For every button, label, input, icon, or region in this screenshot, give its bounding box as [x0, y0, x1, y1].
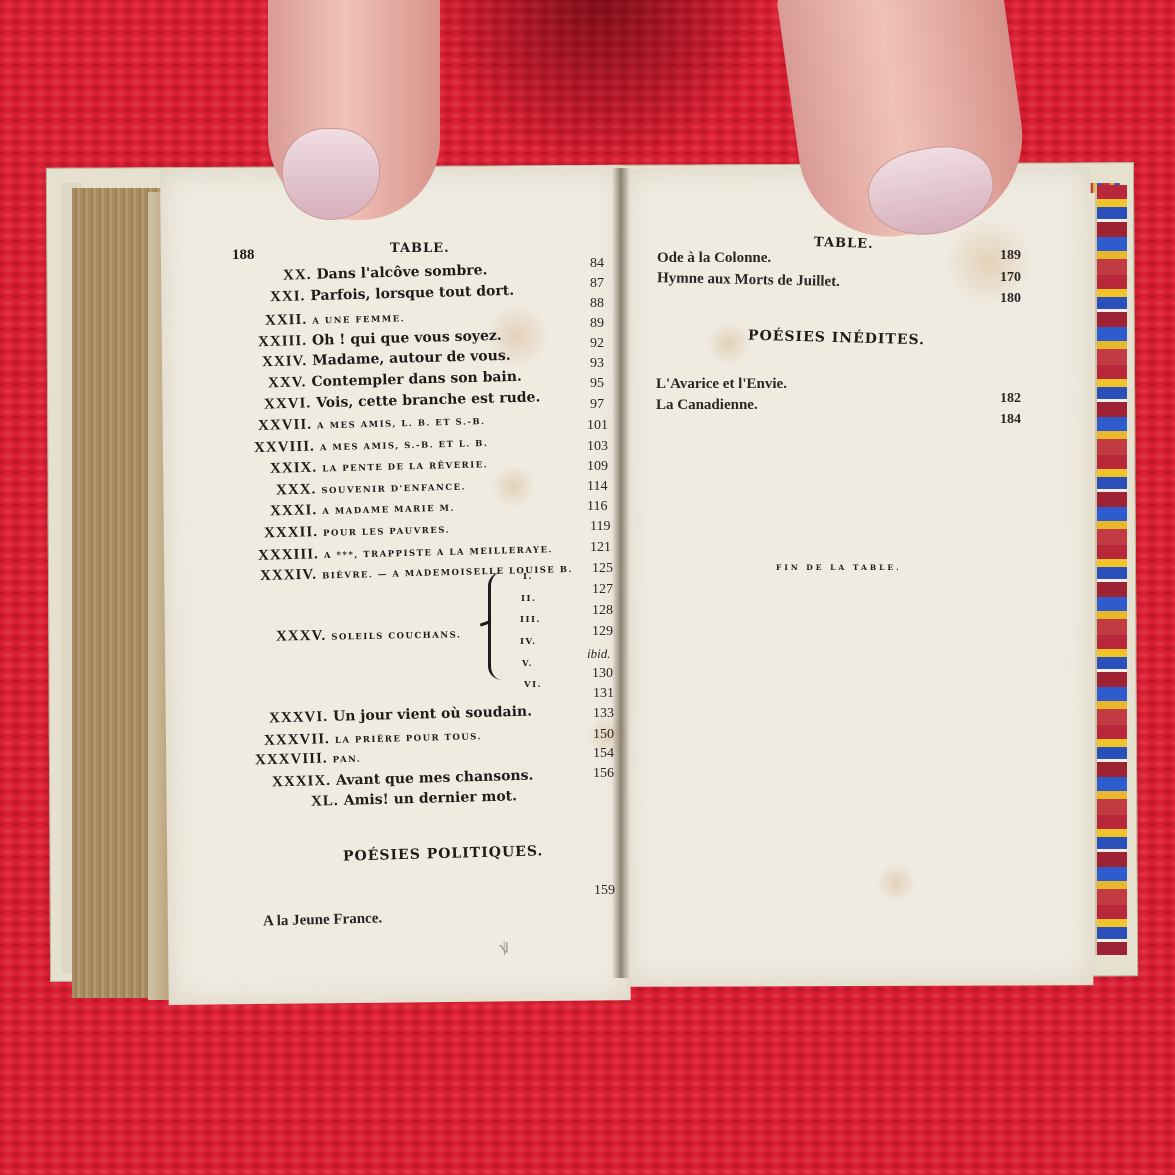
toc-group-entry: XXXV. soleils couchans.	[276, 622, 462, 645]
brace	[488, 572, 505, 680]
running-head: TABLE.	[814, 235, 874, 252]
sub-item-label: VI.	[524, 680, 542, 690]
toc-page: 84	[590, 256, 604, 272]
toc-entry: L'Avarice et l'Envie.	[656, 376, 787, 393]
toc-page: 93	[590, 356, 604, 372]
toc-page: 95	[590, 376, 604, 392]
toc-entry: A la Jeune France.	[263, 910, 383, 930]
toc-page: 121	[590, 540, 611, 556]
toc-page: 184	[1000, 412, 1021, 428]
toc-entry: XXXVIII. pan.	[255, 747, 362, 770]
toc-page: 131	[593, 686, 614, 702]
toc-page: 182	[1000, 391, 1021, 407]
sub-item-page: ibid.	[587, 646, 610, 662]
toc-page: 133	[593, 706, 614, 722]
toc-page: 97	[590, 397, 604, 413]
toc-page: 180	[1000, 291, 1021, 307]
sub-item-label: IV.	[520, 637, 537, 647]
marbled-endpaper	[1095, 185, 1133, 955]
toc-page: 116	[587, 499, 607, 515]
toc-page: 103	[587, 439, 608, 455]
toc-page: 156	[593, 766, 614, 782]
toc-entry: La Canadienne.	[656, 397, 758, 414]
sub-item-page: 125	[592, 561, 613, 577]
closing-line: FIN DE LA TABLE.	[776, 563, 902, 572]
toc-page: 92	[590, 336, 604, 352]
sub-item-page: 127	[592, 582, 613, 598]
toc-page: 87	[590, 276, 604, 292]
toc-page: 159	[594, 883, 615, 899]
toc-page: 114	[587, 479, 607, 495]
running-head: TABLE.	[390, 241, 450, 256]
sub-item-label: V.	[522, 659, 533, 669]
book-gutter	[612, 168, 630, 978]
sub-item-label: II.	[521, 594, 536, 604]
sub-item-page: 128	[592, 603, 613, 619]
toc-entry: XXII. a une femme.	[265, 306, 406, 330]
sub-item-page: 130	[592, 666, 613, 682]
page-number: 188	[232, 247, 255, 264]
toc-page: 170	[1000, 270, 1021, 286]
right-page	[624, 167, 1094, 987]
toc-page: 88	[590, 296, 604, 312]
toc-page: 101	[587, 418, 608, 434]
toc-entry: Ode à la Colonne.	[657, 250, 771, 267]
fabric-shadow	[430, 0, 770, 170]
toc-page: 109	[587, 459, 608, 475]
sub-item-label: I.	[523, 572, 533, 582]
toc-page: 119	[590, 519, 610, 535]
sub-item-page: 129	[592, 624, 613, 640]
toc-page: 89	[590, 316, 604, 332]
sub-item-label: III.	[520, 615, 541, 625]
left-fingernail	[282, 128, 380, 220]
toc-page: 150	[593, 727, 614, 743]
toc-page: 189	[1000, 248, 1021, 264]
toc-page: 154	[593, 746, 614, 762]
